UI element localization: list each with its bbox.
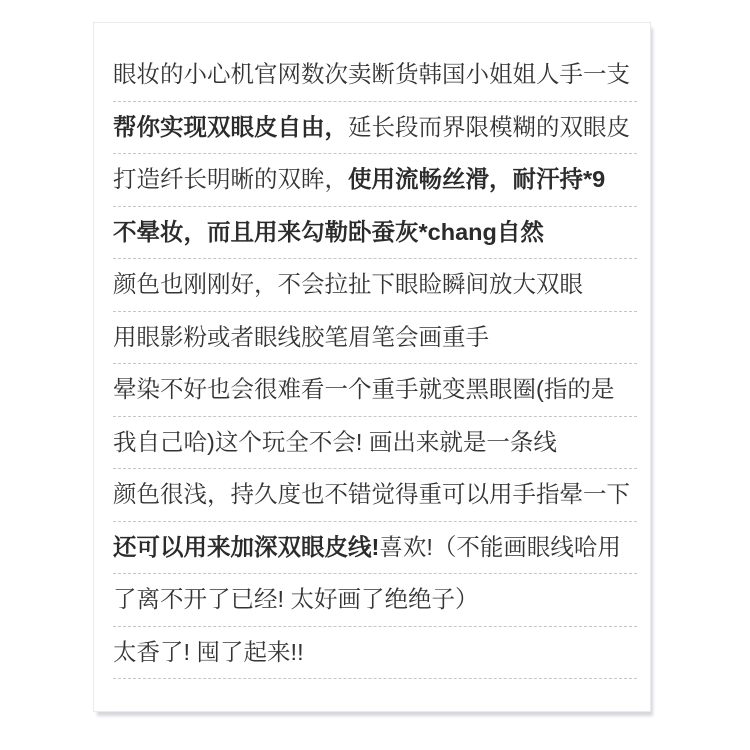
review-text-segment: 颜色很浅，持久度也不错觉得重可以用手指晕一下 — [113, 483, 630, 507]
review-text-segment: 眼妆的小心机官网数次卖断货韩国小姐姐人手一支 — [113, 63, 630, 87]
review-text-segment: 太香了! 囤了起来!! — [113, 641, 304, 665]
review-line: 眼妆的小心机官网数次卖断货韩国小姐姐人手一支 — [113, 49, 637, 102]
review-line: 了离不开了已经! 太好画了绝绝子） — [113, 574, 637, 627]
review-text-segment: 帮你实现双眼皮自由， — [113, 116, 348, 140]
review-text-segment: 了离不开了已经! 太好画了绝绝子） — [113, 588, 479, 612]
review-line: 颜色很浅，持久度也不错觉得重可以用手指晕一下 — [113, 469, 637, 522]
review-text-segment: 我自己哈)这个玩全不会! 画出来就是一条线 — [113, 431, 557, 455]
review-text-segment: 喜欢!（不能画眼线哈用 — [379, 536, 621, 560]
review-card: 眼妆的小心机官网数次卖断货韩国小姐姐人手一支帮你实现双眼皮自由，延长段而界限模糊… — [93, 22, 651, 712]
review-line: 颜色也刚刚好，不会拉扯下眼睑瞬间放大双眼 — [113, 259, 637, 312]
review-text-segment: 用眼影粉或者眼线胶笔眉笔会画重手 — [113, 326, 489, 350]
review-text-segment: 延长段而界限模糊的双眼皮 — [348, 116, 630, 140]
review-line: 还可以用来加深双眼皮线! 喜欢!（不能画眼线哈用 — [113, 522, 637, 575]
review-line: 帮你实现双眼皮自由，延长段而界限模糊的双眼皮 — [113, 102, 637, 155]
review-text-segment: 使用流畅丝滑，耐汗持*9 — [348, 168, 605, 192]
review-line: 不晕妆，而且用来勾勒卧蚕灰*chang自然 — [113, 207, 637, 260]
review-text-segment: 晕染不好也会很难看一个重手就变黑眼圈(指的是 — [113, 378, 614, 402]
review-line: 我自己哈)这个玩全不会! 画出来就是一条线 — [113, 417, 637, 470]
review-line: 晕染不好也会很难看一个重手就变黑眼圈(指的是 — [113, 364, 637, 417]
review-text-segment: 打造纤长明晰的双眸， — [113, 168, 348, 192]
page-background: 眼妆的小心机官网数次卖断货韩国小姐姐人手一支帮你实现双眼皮自由，延长段而界限模糊… — [0, 0, 750, 750]
review-line: 用眼影粉或者眼线胶笔眉笔会画重手 — [113, 312, 637, 365]
review-line: 太香了! 囤了起来!! — [113, 627, 637, 680]
review-text-segment: 还可以用来加深双眼皮线! — [113, 536, 379, 560]
review-line: 打造纤长明晰的双眸，使用流畅丝滑，耐汗持*9 — [113, 154, 637, 207]
review-lines: 眼妆的小心机官网数次卖断货韩国小姐姐人手一支帮你实现双眼皮自由，延长段而界限模糊… — [94, 23, 650, 711]
review-text-segment: 不晕妆，而且用来勾勒卧蚕灰*chang自然 — [113, 221, 544, 245]
review-text-segment: 颜色也刚刚好，不会拉扯下眼睑瞬间放大双眼 — [113, 273, 583, 297]
